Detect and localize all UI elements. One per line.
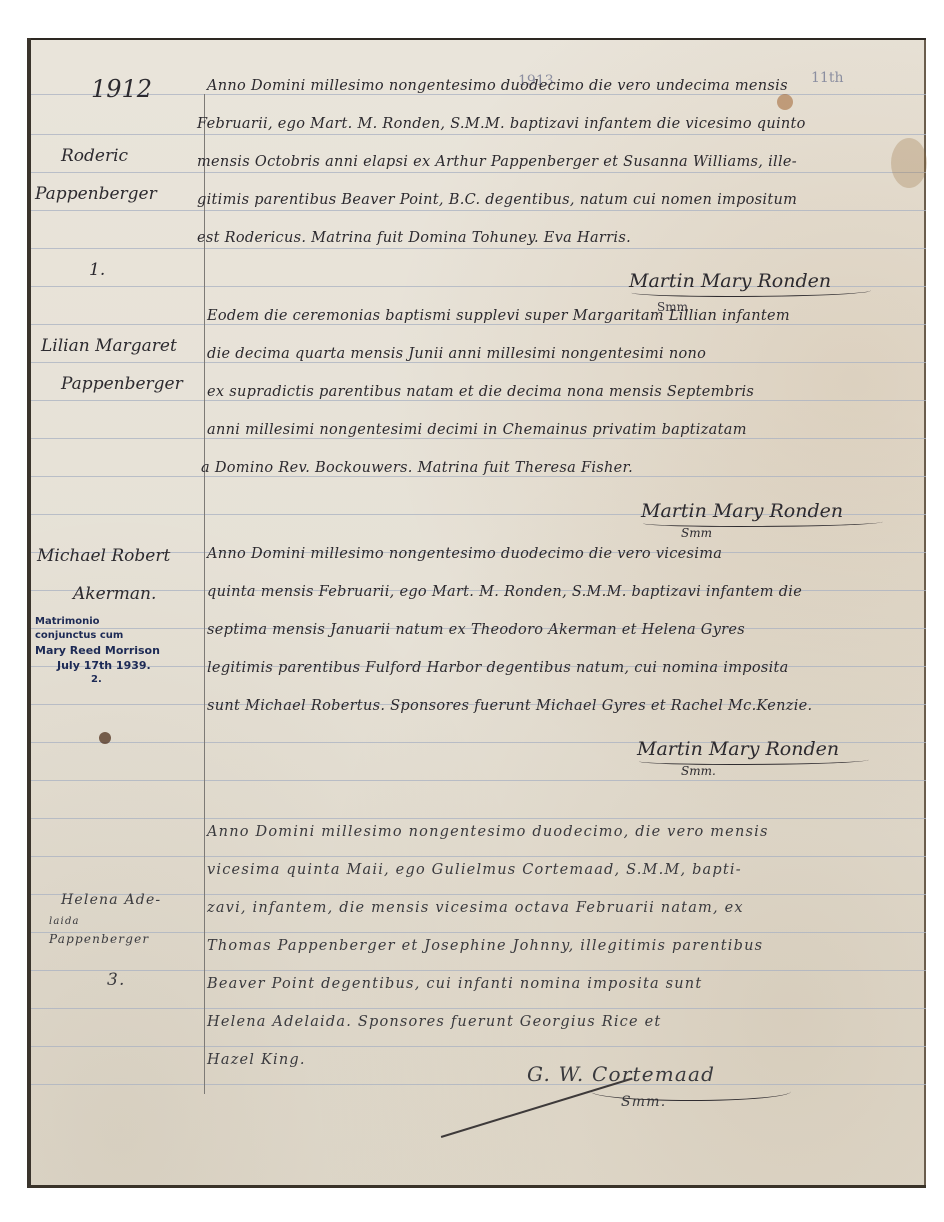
entry-3-margin-name-line1: Michael Robert (37, 546, 170, 566)
ruled-line (31, 1084, 926, 1085)
ruled-line (31, 932, 926, 933)
ruled-line (31, 856, 926, 857)
entry-2-text-line: a Domino Rev. Bockouwers. Matrina fuit T… (201, 460, 633, 476)
signature-flourish (639, 756, 869, 765)
marriage-note-line2: conjunctus cum (35, 630, 123, 641)
ruled-line (31, 780, 926, 781)
entry-2-margin-name-line1: Lilian Margaret (41, 336, 177, 356)
ruled-line (31, 1046, 926, 1047)
entry-1-margin-name-line1: Roderic (61, 146, 128, 166)
entry-1-text-line: mensis Octobris anni elapsi ex Arthur Pa… (197, 154, 797, 170)
marriage-note-line4: July 17th 1939. (57, 659, 151, 672)
pen-stroke (441, 1078, 633, 1138)
ruled-line (31, 172, 926, 173)
entry-2-text-line: anni millesimi nongentesimi decimi in Ch… (207, 422, 747, 438)
entry-4-margin-name-line3: Pappenberger (49, 932, 149, 946)
entry-4-text-line: Beaver Point degentibus, cui infanti nom… (207, 976, 702, 992)
entry-3-text-line: Anno Domini millesimo nongentesimo duode… (207, 546, 722, 562)
ruled-line (31, 438, 926, 439)
entry-2-signature-suffix: Smm (681, 526, 712, 540)
entry-4-text-line: zavi, infantem, die mensis vicesima octa… (207, 900, 744, 916)
entry-2-text-line: die decima quarta mensis Junii anni mill… (207, 346, 706, 362)
ruled-line (31, 894, 926, 895)
ruled-line (31, 210, 926, 211)
entry-4-text-line: vicesima quinta Maii, ego Gulielmus Cort… (207, 862, 742, 878)
entry-1-text-line: Anno Domini millesimo nongentesimo duode… (207, 78, 788, 94)
entry-4-text-line: Anno Domini millesimo nongentesimo duode… (207, 824, 769, 840)
signature-flourish (643, 518, 883, 527)
entry-4-margin-name-line2: laida (49, 916, 80, 927)
entry-1-text-line: gitimis parentibus Beaver Point, B.C. de… (197, 192, 797, 208)
ruled-line (31, 400, 926, 401)
entry-4-text-line: Thomas Pappenberger et Josephine Johnny,… (207, 938, 763, 954)
entry-2-text-line: Eodem die ceremonias baptismi supplevi s… (207, 308, 790, 324)
pencil-page-number: 11th (811, 70, 843, 86)
entry-3-signature-suffix: Smm. (681, 764, 716, 778)
ruled-line (31, 94, 926, 95)
entry-4-text-line: Helena Adelaida. Sponsores fuerunt Georg… (207, 1014, 661, 1030)
entry-1-margin-name-line2: Pappenberger (35, 184, 157, 204)
entry-3-text-line: septima mensis Januarii natum ex Theodor… (207, 622, 745, 638)
marriage-note-line1: Matrimonio (35, 616, 100, 627)
ruled-line (31, 362, 926, 363)
ruled-line (31, 970, 926, 971)
entry-3-margin-name-line2: Akerman. (73, 584, 156, 604)
entry-3-text-line: quinta mensis Februarii, ego Mart. M. Ro… (207, 584, 802, 600)
marriage-note-line3: Mary Reed Morrison (35, 644, 160, 657)
entry-1-number: 1. (89, 260, 105, 280)
ink-stain (777, 94, 793, 110)
ruled-line (31, 476, 926, 477)
ruled-line (31, 1008, 926, 1009)
entry-4-text-line: Hazel King. (207, 1052, 306, 1068)
entry-4-number: 3. (107, 970, 126, 990)
entry-3-text-line: sunt Michael Robertus. Sponsores fuerunt… (207, 698, 812, 714)
entry-4-margin-name-line1: Helena Ade- (61, 892, 161, 908)
ink-blot (99, 732, 111, 744)
year-header: 1912 (91, 75, 152, 103)
entry-1-text-line: est Rodericus. Matrina fuit Domina Tohun… (197, 230, 631, 246)
entry-2-margin-name-line2: Pappenberger (61, 374, 183, 394)
signature-flourish (591, 1082, 791, 1101)
entry-3-text-line: legitimis parentibus Fulford Harbor dege… (207, 660, 789, 676)
ruled-line (31, 324, 926, 325)
ruled-line (31, 248, 926, 249)
water-stain (891, 138, 927, 188)
signature-flourish (631, 286, 871, 297)
ruled-line (31, 134, 926, 135)
marriage-note-line5: 2. (91, 674, 102, 685)
ruled-line (31, 818, 926, 819)
register-page: 1913 11th 1912 Roderic Pappenberger 1. A… (27, 38, 926, 1188)
entry-1-text-line: Februarii, ego Mart. M. Ronden, S.M.M. b… (197, 116, 806, 132)
entry-2-text-line: ex supradictis parentibus natam et die d… (207, 384, 754, 400)
